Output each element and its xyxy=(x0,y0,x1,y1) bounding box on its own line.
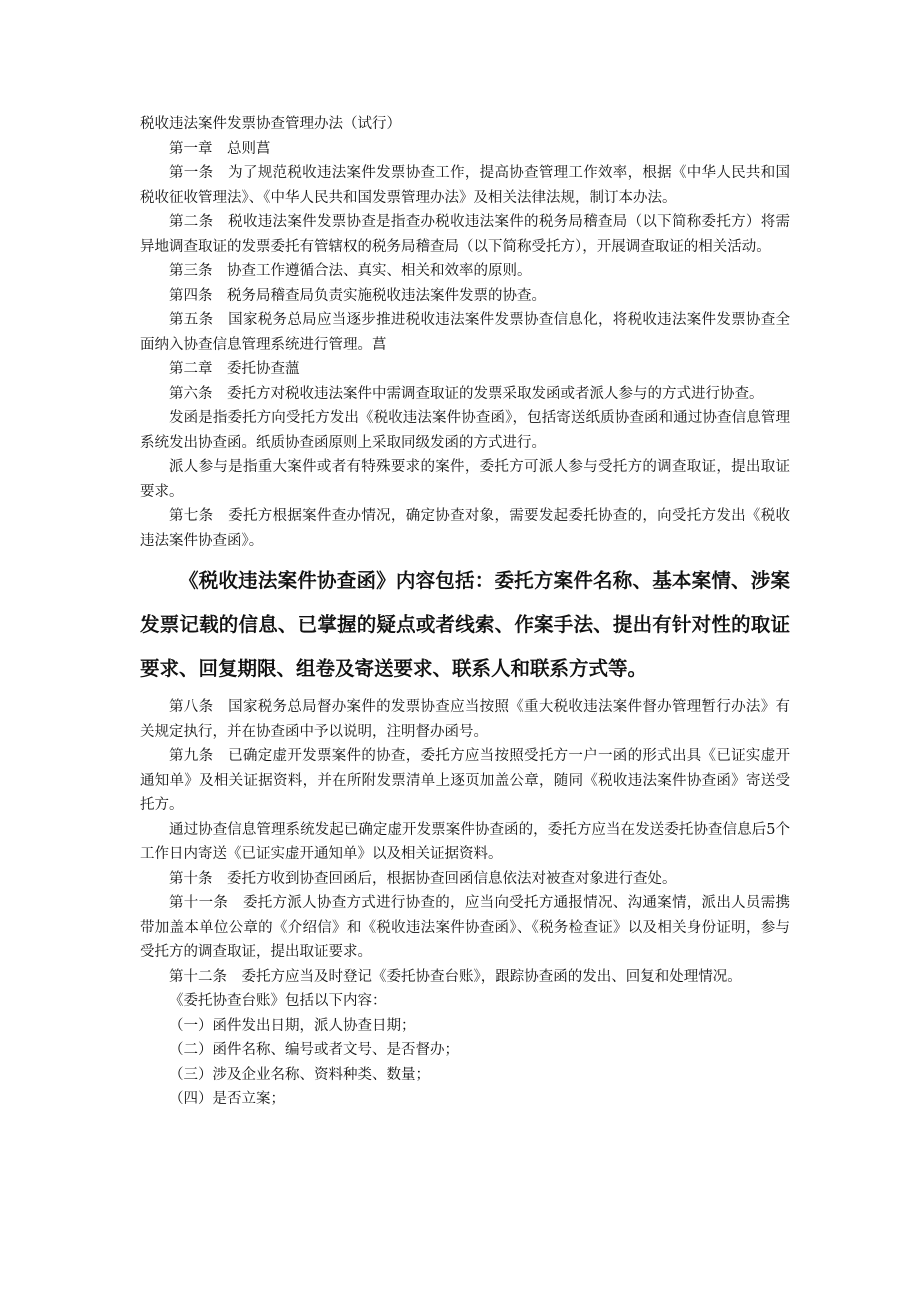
ledger-item: （二）函件名称、编号或者文号、是否督办； xyxy=(169,1038,790,1063)
article-7: 第七条委托方根据案件查办情况，确定协查对象，需要发起委托协查的，向受托方发出《税… xyxy=(140,504,790,553)
paragraph-pairen: 派人参与是指重大案件或者有特殊要求的案件，委托方可派人参与受托方的调查取证，提出… xyxy=(140,455,790,504)
article-9: 第九条已确定虚开发票案件的协查，委托方应当按照受托方一户一函的形式出具《已证实虚… xyxy=(140,744,790,818)
article-10: 第十条委托方收到协查回函后，根据协查回函信息依法对被查对象进行查处。 xyxy=(140,867,790,892)
ledger-item: （四）是否立案； xyxy=(169,1087,790,1112)
article-4: 第四条税务局稽查局负责实施税收违法案件发票的协查。 xyxy=(140,284,790,309)
article-8: 第八条国家税务总局督办案件的发票协查应当按照《重大税收违法案件督办管理暂行办法》… xyxy=(140,695,790,744)
document-title: 税收违法案件发票协查管理办法（试行） xyxy=(140,112,790,137)
article-2: 第二条税收违法案件发票协查是指查办税收违法案件的税务局稽查局（以下简称委托方）将… xyxy=(140,210,790,259)
letter-contents-paragraph: 《税收违法案件协查函》内容包括：委托方案件名称、基本案情、涉案发票记载的信息、已… xyxy=(140,559,790,691)
paragraph-system: 通过协查信息管理系统发起已确定虚开发票案件协查函的，委托方应当在发送委托协查信息… xyxy=(140,818,790,867)
article-6: 第六条委托方对税收违法案件中需调查取证的发票采取发函或者派人参与的方式进行协查。 xyxy=(140,382,790,407)
paragraph-fahan: 发函是指委托方向受托方发出《税收违法案件协查函》，包括寄送纸质协查函和通过协查信… xyxy=(140,406,790,455)
chapter-heading-2: 第二章委托协查薀 xyxy=(140,357,790,382)
document-page: 税收违法案件发票协查管理办法（试行） 第一章总则菖 第一条为了规范税收违法案件发… xyxy=(140,112,790,1112)
article-1: 第一条为了规范税收违法案件发票协查工作，提高协查管理工作效率，根据《中华人民共和… xyxy=(140,161,790,210)
ledger-item: （一）函件发出日期，派人协查日期； xyxy=(169,1014,790,1039)
ledger-item: （三）涉及企业名称、资料种类、数量； xyxy=(169,1063,790,1088)
chapter-heading-1: 第一章总则菖 xyxy=(140,137,790,162)
article-11: 第十一条委托方派人协查方式进行协查的，应当向受托方通报情况、沟通案情，派出人员需… xyxy=(140,891,790,965)
article-5: 第五条国家税务总局应当逐步推进税收违法案件发票协查信息化，将税收违法案件发票协查… xyxy=(140,308,790,357)
ledger-items: （一）函件发出日期，派人协查日期； （二）函件名称、编号或者文号、是否督办； （… xyxy=(140,1014,790,1112)
ledger-intro: 《委托协查台账》包括以下内容： xyxy=(140,989,790,1014)
article-3: 第三条协查工作遵循合法、真实、相关和效率的原则。 xyxy=(140,259,790,284)
article-12: 第十二条委托方应当及时登记《委托协查台账》，跟踪协查函的发出、回复和处理情况。 xyxy=(140,965,790,990)
